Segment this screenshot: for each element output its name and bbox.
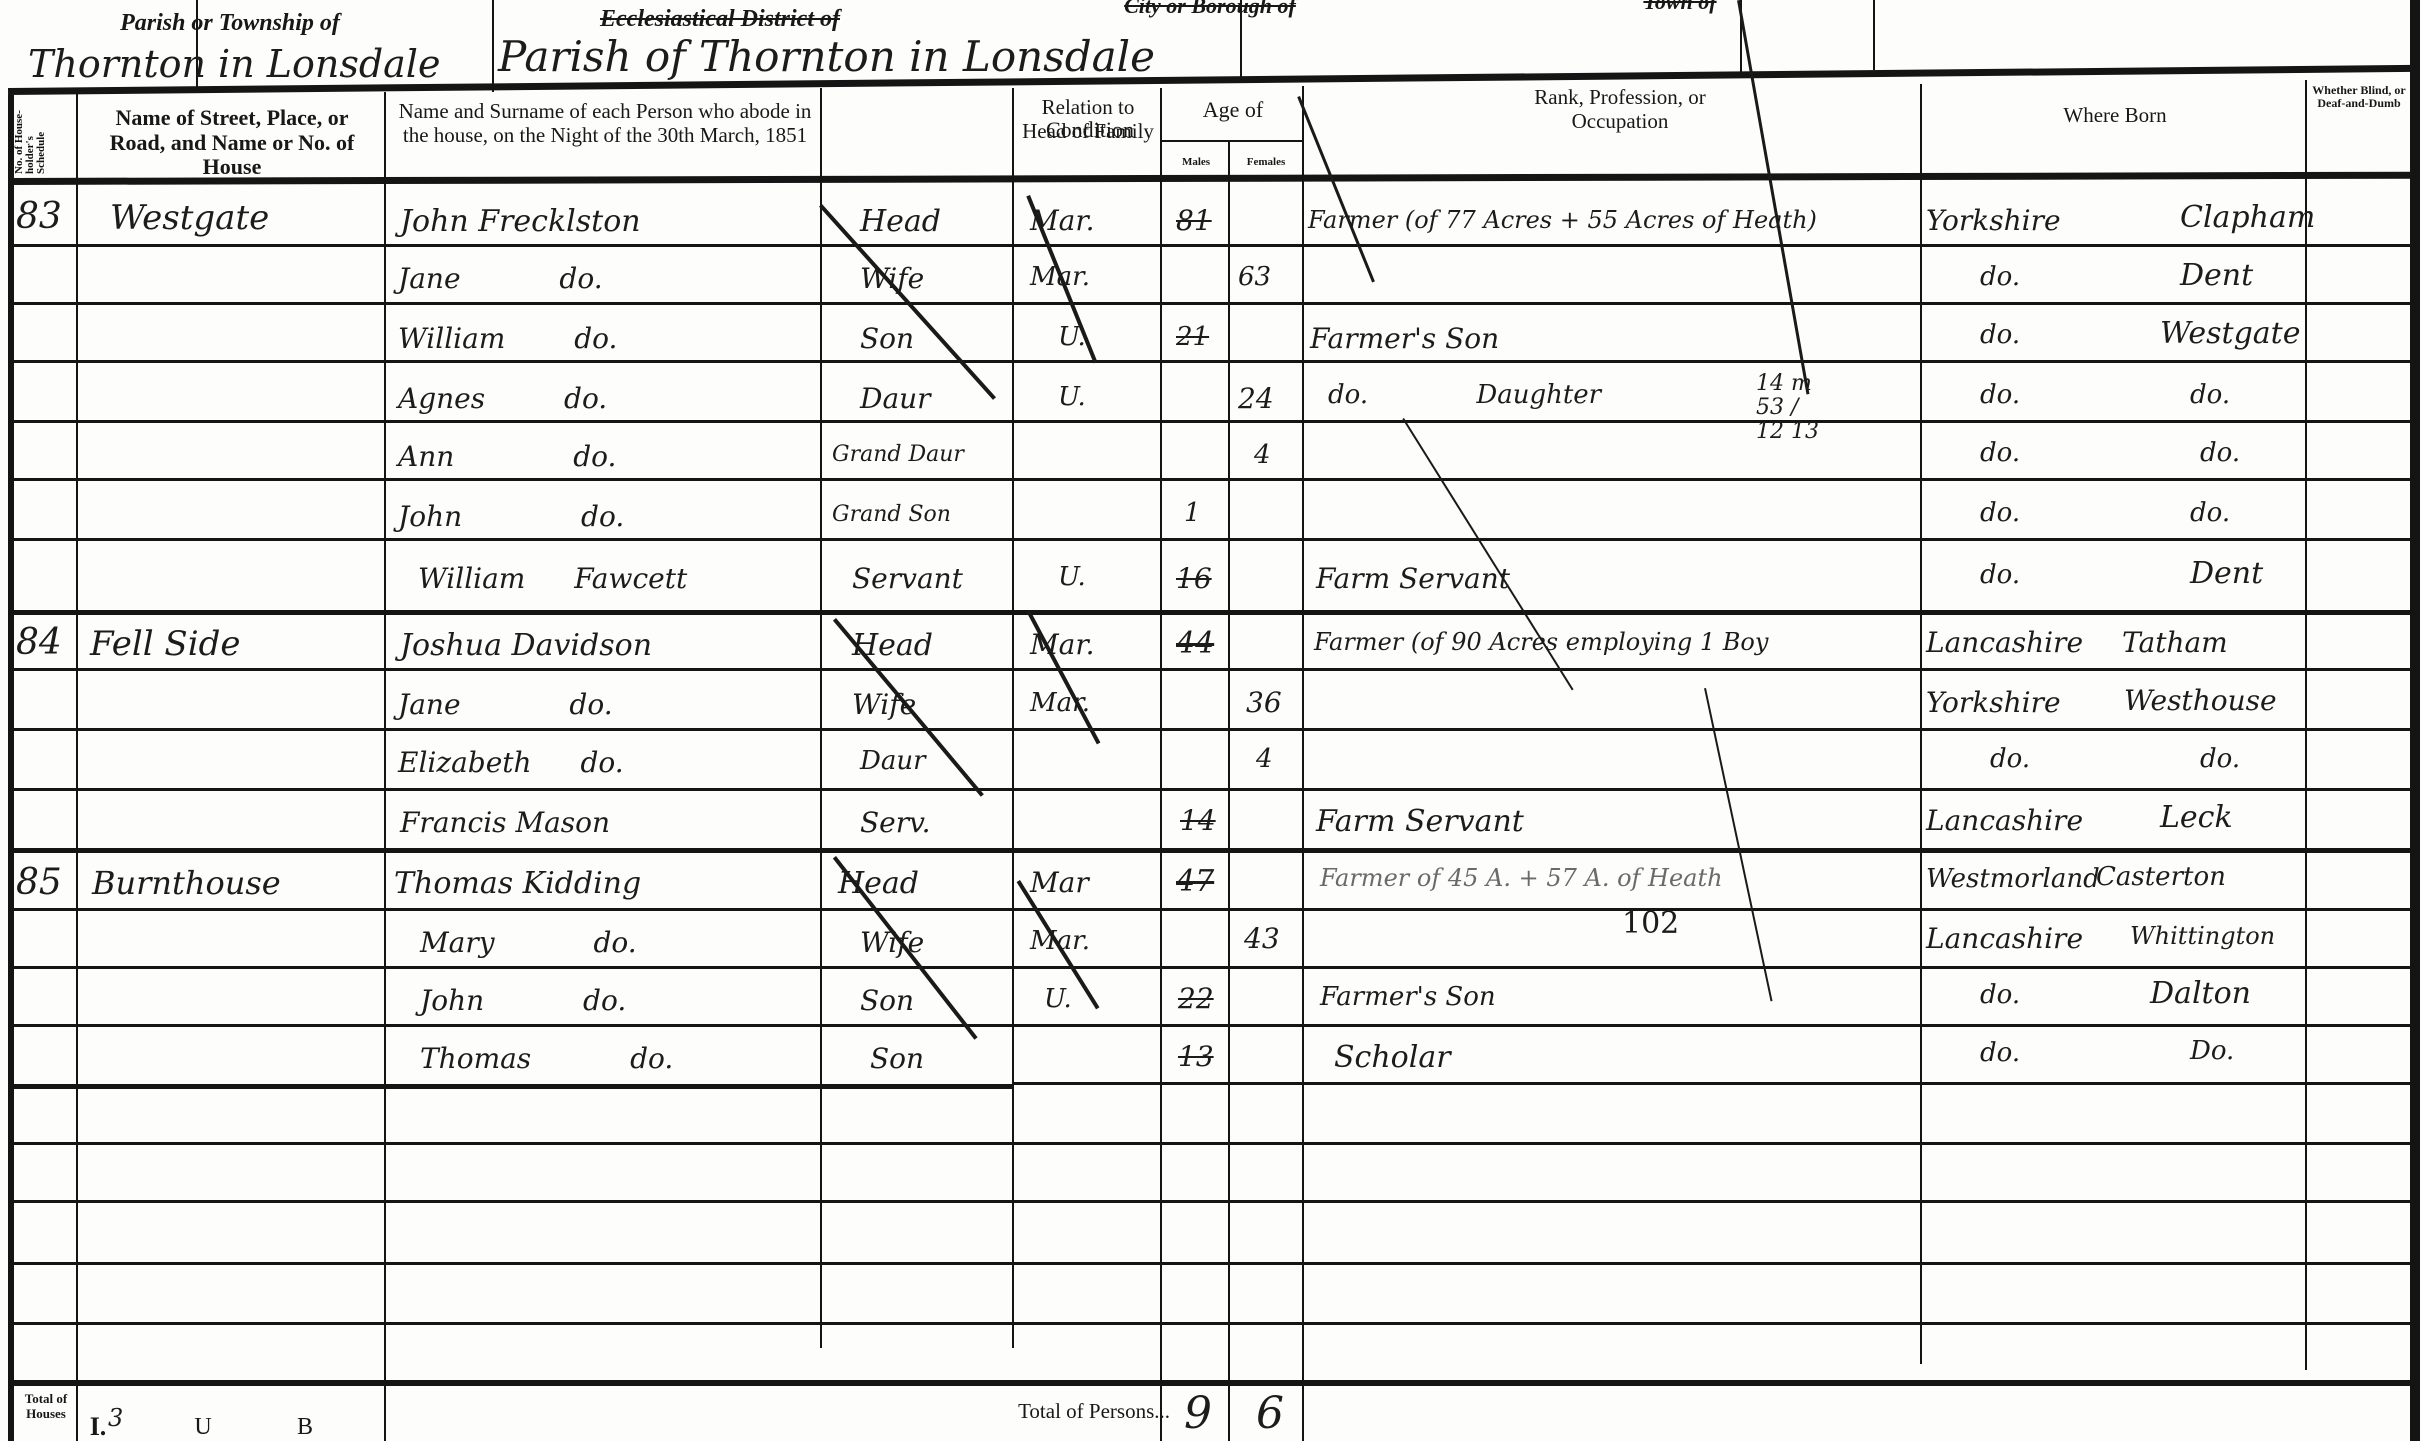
born-county: Lancashire <box>1926 626 2083 659</box>
household-rule <box>14 610 2410 615</box>
relation: Son <box>860 984 914 1017</box>
total-females: 6 <box>1256 1388 1284 1439</box>
row-rule <box>14 668 2410 671</box>
born-county: Lancashire <box>1926 804 2083 837</box>
street-header: Name of Street, Place, or Road, and Name… <box>86 106 378 180</box>
person-name: John do. <box>420 984 626 1017</box>
row-rule <box>14 420 2410 423</box>
town-label: Town of <box>1620 0 1740 15</box>
female-age: 4 <box>1254 440 1271 470</box>
total-persons-label: Total of Persons... <box>900 1400 1170 1424</box>
check-stroke <box>1704 688 1772 1001</box>
born-place: Do. <box>2190 1036 2234 1066</box>
relation: Head <box>838 866 919 901</box>
person-name: Joshua Davidson <box>400 628 652 663</box>
check-stroke <box>1297 96 1375 283</box>
relation: Daur <box>860 382 931 415</box>
header-divider <box>492 0 494 92</box>
occupation: Farm Servant <box>1316 562 1510 595</box>
born-county: Westmorland <box>1926 864 2100 894</box>
born-place: do. <box>2190 380 2230 410</box>
born-place: Leck <box>2160 800 2233 835</box>
male-age: 14 <box>1180 804 1216 837</box>
col-line-name <box>820 88 822 1348</box>
relation: Daur <box>860 746 926 776</box>
row-rule <box>14 788 2410 791</box>
col-line-relation <box>1012 88 1014 1348</box>
building-label: B <box>290 1414 320 1441</box>
person-name: Agnes do. <box>398 382 607 415</box>
male-age: 21 <box>1176 322 1209 352</box>
male-age: 44 <box>1176 626 1214 661</box>
person-name: Elizabeth do. <box>398 746 624 779</box>
header-divider <box>1873 0 1875 70</box>
margin-tally-note: 14 m 53 / 12 13 <box>1756 372 1826 445</box>
female-age: 63 <box>1238 262 1271 292</box>
relation: Son <box>860 322 914 355</box>
row-rule <box>14 302 2410 305</box>
occupation: Farm Servant <box>1316 804 1524 839</box>
age-of-header: Age of <box>1164 98 1302 123</box>
person-name: Thomas Kidding <box>394 866 641 901</box>
street-name: Fell Side <box>90 624 240 664</box>
person-name: Jane do. <box>398 262 603 295</box>
born-county: do. <box>1990 744 2030 774</box>
where-born-header: Where Born <box>1930 104 2300 128</box>
row-rule <box>14 360 2410 363</box>
relation: Serv. <box>860 806 931 839</box>
occupation: Farmer's Son <box>1320 982 1496 1012</box>
born-place: Dalton <box>2150 976 2251 1011</box>
females-header: Females <box>1230 156 1302 168</box>
relation: Grand Daur <box>832 442 964 467</box>
age-subheader-rule <box>1162 140 1302 142</box>
uninhabited-label: U <box>188 1414 218 1441</box>
born-county: do. <box>1980 438 2020 468</box>
born-place: Westhouse <box>2124 684 2277 717</box>
born-place: Casterton <box>2096 862 2226 892</box>
female-age: 24 <box>1238 382 1274 415</box>
parish-label: Parish or Township of <box>80 10 380 37</box>
born-county: Lancashire <box>1926 922 2083 955</box>
born-county: do. <box>1980 498 2020 528</box>
person-name: William do. <box>398 322 617 355</box>
relation: Grand Son <box>832 502 951 527</box>
relation: Son <box>870 1042 924 1075</box>
person-name: John do. <box>398 500 624 533</box>
col-line-street <box>384 92 386 1441</box>
born-county: do. <box>1980 980 2020 1010</box>
male-age: 1 <box>1184 498 1201 528</box>
female-age: 43 <box>1244 922 1280 955</box>
condition: U. <box>1058 562 1086 592</box>
occupation: Farmer of 45 A. + 57 A. of Heath <box>1320 864 1723 892</box>
male-age: 22 <box>1178 982 1214 1015</box>
born-place: Dent <box>2180 258 2253 293</box>
born-place: Whittington <box>2130 922 2275 950</box>
col-line-born <box>2305 80 2307 1370</box>
row-rule <box>14 966 2410 969</box>
born-county: do. <box>1980 320 2020 350</box>
person-name: Mary do. <box>420 926 637 959</box>
inhabited-count: 3 <box>108 1404 123 1432</box>
occupation: Farmer's Son <box>1310 322 1499 355</box>
street-name: Burnthouse <box>92 864 281 902</box>
born-place: Dent <box>2190 556 2263 591</box>
relation: Head <box>860 204 941 239</box>
row-rule <box>14 538 2410 541</box>
born-county: do. <box>1980 380 2020 410</box>
row-rule <box>14 908 2410 911</box>
household-rule <box>14 1084 1014 1089</box>
row-rule <box>14 1200 2410 1203</box>
occupation-header: Rank, Profession, or Occupation <box>1500 86 1740 133</box>
person-name: Jane do. <box>398 688 613 721</box>
schedule-number: 84 <box>16 622 62 663</box>
born-county: do. <box>1980 262 2020 292</box>
census-page: Parish or Township of Thornton in Lonsda… <box>0 0 2422 1441</box>
inhabited-label: I. <box>88 1412 108 1441</box>
left-border <box>8 95 14 1441</box>
born-county: do. <box>1980 560 2020 590</box>
col-line-occupation <box>1920 84 1922 1364</box>
person-name: William Fawcett <box>418 562 687 595</box>
parish-value: Thornton in Lonsdale <box>28 42 440 86</box>
check-stroke <box>1737 0 1809 394</box>
condition: Mar <box>1030 866 1089 899</box>
total-males: 9 <box>1184 1388 1212 1439</box>
row-rule <box>14 244 2410 247</box>
male-age: 47 <box>1176 864 1214 899</box>
name-header: Name and Surname of each Person who abod… <box>390 100 820 147</box>
occupation: Scholar <box>1334 1040 1451 1075</box>
schedule-number: 83 <box>16 196 62 237</box>
row-rule <box>1014 1082 2410 1085</box>
row-rule <box>14 1142 2410 1145</box>
row-rule <box>14 1024 2410 1027</box>
row-rule <box>14 1262 2410 1265</box>
born-place: Clapham <box>2180 200 2315 235</box>
row-rule <box>14 478 2410 481</box>
male-age: 13 <box>1178 1040 1214 1073</box>
total-houses-label: Total of Houses <box>18 1392 74 1421</box>
born-place: do. <box>2200 744 2240 774</box>
relation: Wife <box>860 262 924 295</box>
col-line-females <box>1302 86 1304 1441</box>
born-place: Westgate <box>2160 316 2301 351</box>
totals-top-rule <box>14 1380 2410 1386</box>
male-age: 16 <box>1176 562 1212 595</box>
occupation: Farmer (of 77 Acres + 55 Acres of Heath) <box>1308 206 1817 234</box>
blind-header: Whether Blind, or Deaf-and-Dumb <box>2310 84 2408 111</box>
condition: U. <box>1058 382 1086 412</box>
person-name: Ann do. <box>398 440 616 473</box>
row-rule <box>14 1322 2410 1325</box>
born-place: do. <box>2200 438 2240 468</box>
female-age: 4 <box>1256 744 1273 774</box>
born-county: Yorkshire <box>1926 686 2061 719</box>
born-place: Tatham <box>2122 626 2228 659</box>
ecclesiastical-label: Ecclesiastical District of <box>560 6 880 33</box>
col-line-schedule <box>76 92 78 1441</box>
condition: U. <box>1044 984 1072 1014</box>
condition-header-label: Condition <box>1020 118 1160 143</box>
born-place: do. <box>2190 498 2230 528</box>
person-name: Francis Mason <box>400 806 610 839</box>
schedule-number: 85 <box>16 862 62 903</box>
born-county: Yorkshire <box>1926 204 2061 237</box>
male-age: 81 <box>1176 204 1212 237</box>
row-rule <box>14 728 2410 731</box>
household-rule <box>14 848 2410 853</box>
col-line-condition <box>1160 88 1162 1441</box>
schedule-no-header: No. of House-holder's Schedule <box>14 100 47 174</box>
occupation-note: 102 <box>1622 906 1679 941</box>
occupation: do. Daughter <box>1328 380 1601 410</box>
ecclesiastical-value: Parish of Thornton in Lonsdale <box>498 32 1155 81</box>
relation: Servant <box>852 562 963 595</box>
right-border <box>2410 0 2420 1441</box>
person-name: John Frecklston <box>400 204 641 239</box>
city-label: City or Borough of <box>1080 0 1340 19</box>
person-name: Thomas do. <box>420 1042 673 1075</box>
female-age: 36 <box>1246 686 1282 719</box>
born-county: do. <box>1980 1038 2020 1068</box>
males-header: Males <box>1164 156 1228 168</box>
street-name: Westgate <box>110 198 269 238</box>
